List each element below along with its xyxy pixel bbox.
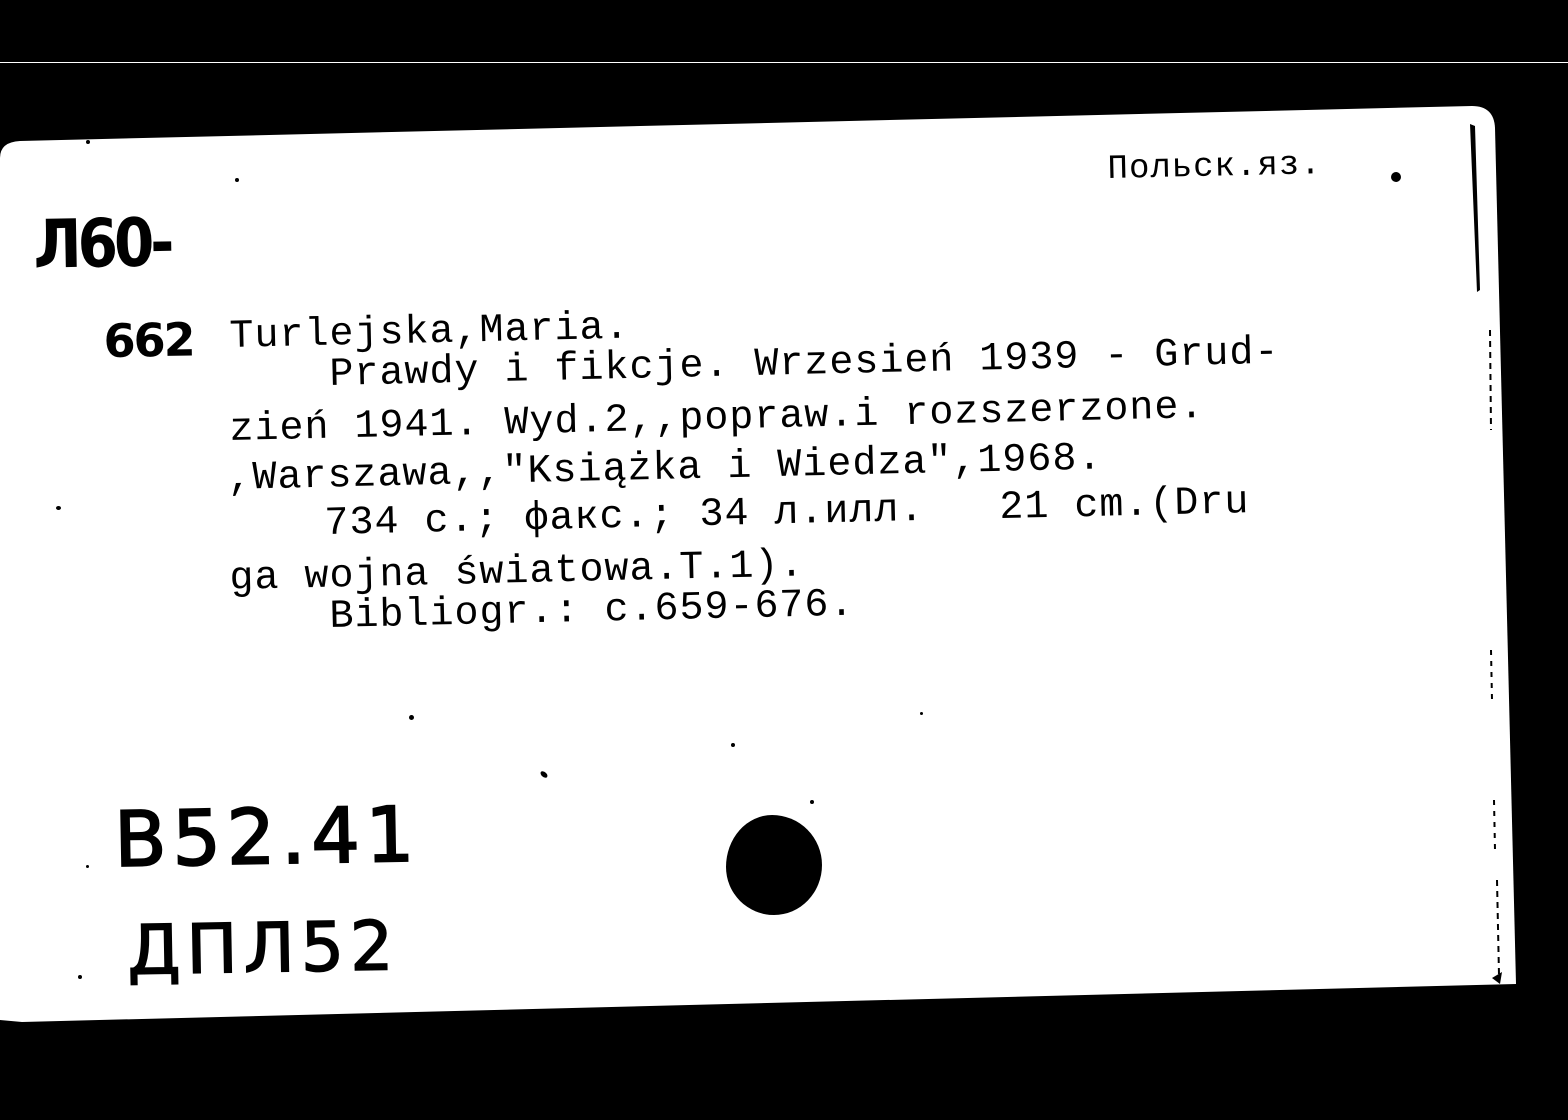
shelf-mark: ДПЛ52 bbox=[127, 913, 400, 986]
punch-hole bbox=[726, 815, 822, 915]
ink-speck bbox=[539, 770, 548, 779]
description-line-6: Bibliogr.: c.659-676. bbox=[329, 586, 855, 638]
ink-speck bbox=[1391, 172, 1401, 182]
language-label: Польск.яз. bbox=[1107, 148, 1322, 187]
classification-number: В52.41 bbox=[114, 797, 421, 878]
ink-speck bbox=[86, 140, 90, 144]
ink-speck bbox=[409, 715, 414, 720]
ink-speck bbox=[810, 800, 814, 804]
ink-speck bbox=[86, 865, 89, 868]
ink-speck bbox=[235, 178, 239, 182]
card-content: Польск.яз. Л60- 662 Turlejska,Maria. Pra… bbox=[0, 0, 1568, 1120]
ink-speck bbox=[78, 975, 82, 979]
call-number-top: Л60- bbox=[33, 209, 171, 278]
ink-speck bbox=[56, 506, 61, 510]
ink-speck bbox=[731, 743, 735, 747]
call-number-item: 662 bbox=[103, 316, 194, 364]
ink-speck bbox=[920, 712, 923, 715]
